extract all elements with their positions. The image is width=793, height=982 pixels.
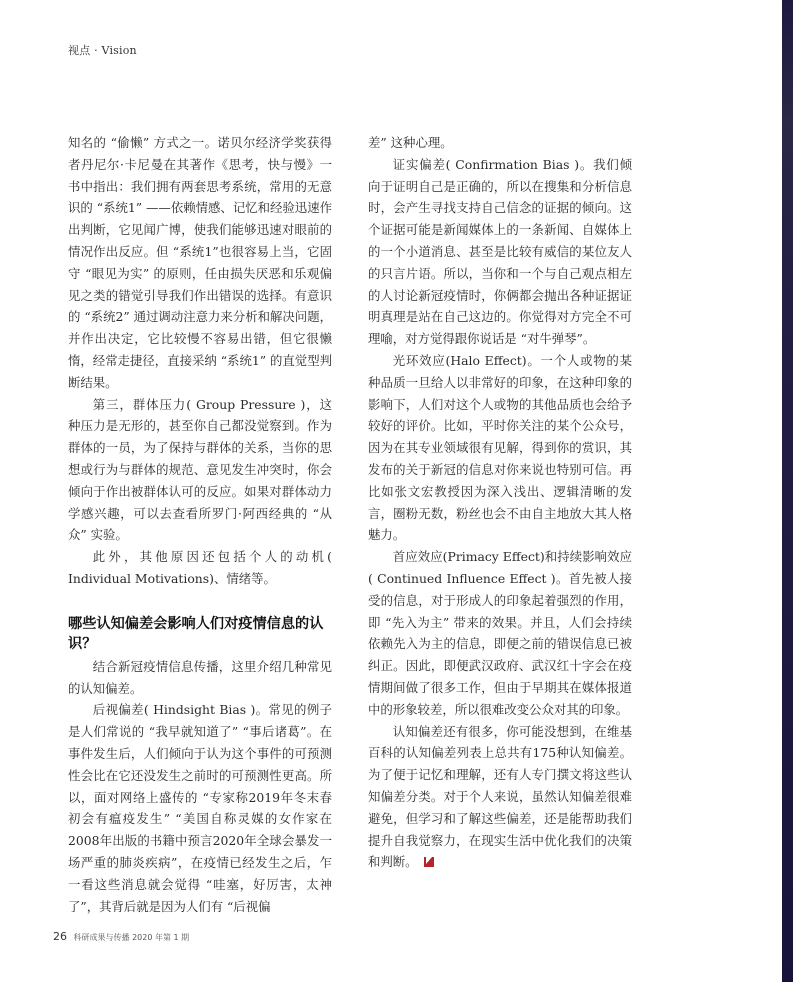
paragraph: 光环效应(Halo Effect)。一个人或物的某种品质一旦给人以非常好的印象，… [368,350,632,546]
paragraph: 首应效应(Primacy Effect)和持续影响效应( Continued I… [368,546,632,720]
paragraph: 后视偏差( Hindsight Bias )。常见的例子是人们常说的 “我早就知… [68,699,332,917]
journal-issue: 科研成果与传播 2020 年第 1 期 [74,933,190,942]
final-paragraph: 认知偏差还有很多，你可能没想到，在维基百科的认知偏差列表上总共有175种认知偏差… [368,721,632,874]
paragraph: 此外，其他原因还包括个人的动机( Individual Motivations)… [68,546,332,590]
page-number: 26 [53,930,67,943]
paragraph-text: 认知偏差还有很多，你可能没想到，在维基百科的认知偏差列表上总共有175种认知偏差… [368,724,632,870]
section-heading: 哪些认知偏差会影响人们对疫情信息的认识？ [68,614,332,654]
right-column: 差” 这种心理。 证实偏差( Confirmation Bias )。我们倾向于… [368,132,632,873]
end-of-article-icon [424,857,434,867]
paragraph: 证实偏差( Confirmation Bias )。我们倾向于证明自己是正确的，… [368,154,632,350]
paragraph: 知名的 “偷懒” 方式之一。诺贝尔经济学奖获得者丹尼尔·卡尼曼在其著作《思考，快… [68,132,332,394]
section-header: 视点 · Vision [68,42,137,58]
page-edge-bar [782,0,793,982]
paragraph: 差” 这种心理。 [368,132,632,154]
paragraph: 结合新冠疫情信息传播，这里介绍几种常见的认知偏差。 [68,656,332,700]
paragraph: 第三，群体压力( Group Pressure )，这种压力是无形的，甚至你自己… [68,394,332,547]
left-column: 知名的 “偷懒” 方式之一。诺贝尔经济学奖获得者丹尼尔·卡尼曼在其著作《思考，快… [68,132,332,917]
page-footer: 26 科研成果与传播 2020 年第 1 期 [53,930,189,943]
